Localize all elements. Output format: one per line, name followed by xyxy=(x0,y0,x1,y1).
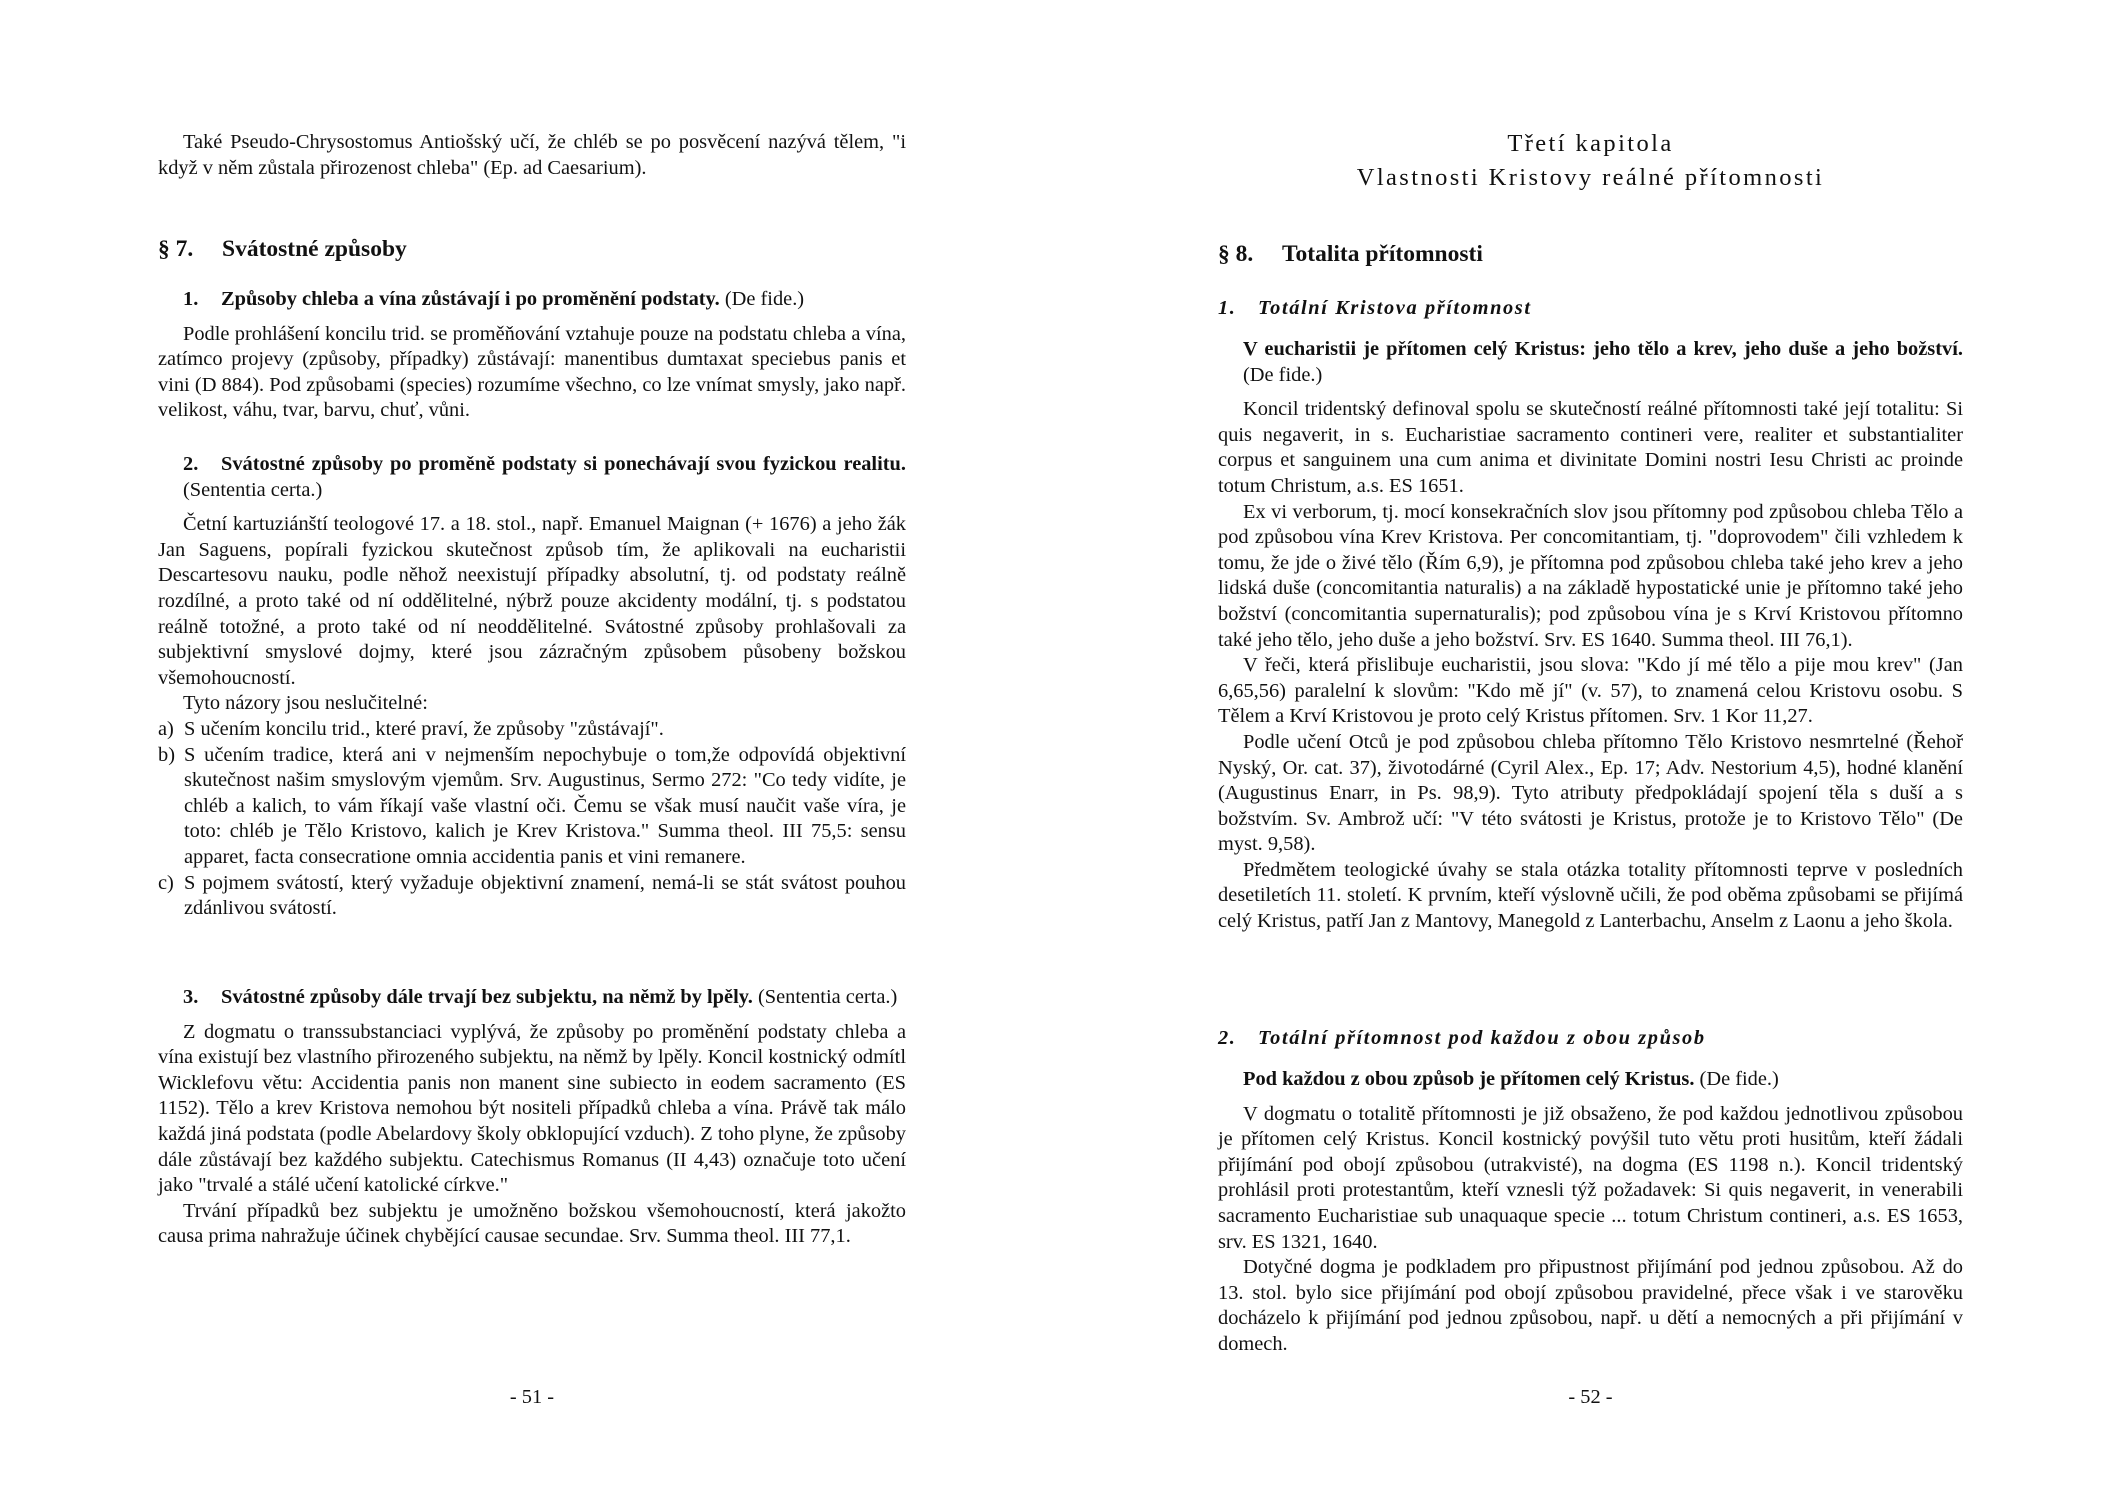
subsection-title: Totální Kristova přítomnost xyxy=(1258,297,1532,319)
list-item-c: c) S pojmem svátostí, který vyžaduje obj… xyxy=(158,871,906,922)
thesis-1: 1.Způsoby chleba a vína zůstávají i po p… xyxy=(158,287,906,313)
thesis-statement: V eucharistii je přítomen celý Kristus: … xyxy=(1243,338,1963,360)
thesis-note: (De fide.) xyxy=(720,288,804,310)
page-52: Třetí kapitola Vlastnosti Kristovy reáln… xyxy=(1218,0,1963,1501)
list-label: b) xyxy=(158,743,184,871)
paragraph: V dogmatu o totalitě přítomnosti je již … xyxy=(1218,1102,1963,1256)
thesis-statement-block: V eucharistii je přítomen celý Kristus: … xyxy=(1218,337,1963,388)
thesis-statement: Způsoby chleba a vína zůstávají i po pro… xyxy=(221,288,720,310)
subsection-number: 1. xyxy=(1218,295,1258,321)
thesis-3-paragraph-1: Z dogmatu o transsubstanciaci vyplývá, ž… xyxy=(158,1020,906,1199)
subsection-number: 2. xyxy=(1218,1025,1258,1051)
list-text: S učením tradice, která ani v nejmenším … xyxy=(184,743,906,871)
paragraph: V řeči, která přislibuje eucharistii, js… xyxy=(1218,653,1963,730)
list-intro: Tyto názory jsou neslučitelné: xyxy=(158,691,906,717)
thesis-2-block: 2.Svátostné způsoby po proměně podstaty … xyxy=(158,452,906,922)
list-item-b: b) S učením tradice, která ani v nejmenš… xyxy=(158,743,906,871)
page-number: - 52 - xyxy=(1218,1386,1963,1409)
thesis-1-paragraph: Podle prohlášení koncilu trid. se proměň… xyxy=(158,322,906,424)
thesis-1-block: 1.Způsoby chleba a vína zůstávají i po p… xyxy=(158,287,906,424)
thesis-note: (De fide.) xyxy=(1694,1068,1778,1090)
subsection-title: Totální přítomnost pod každou z obou způ… xyxy=(1258,1027,1706,1049)
chapter-label: Třetí kapitola xyxy=(1218,127,1963,161)
thesis-statement: Svátostné způsoby po proměně podstaty si… xyxy=(221,453,906,475)
paragraph: Koncil tridentský definoval spolu se sku… xyxy=(1218,397,1963,499)
thesis-note: (De fide.) xyxy=(1243,364,1322,386)
list-text: S pojmem svátostí, který vyžaduje objekt… xyxy=(184,871,906,922)
thesis-3-paragraph-2: Trvání případků bez subjektu je umožněno… xyxy=(158,1199,906,1250)
paragraph: Dotyčné dogma je podkladem pro připustno… xyxy=(1218,1255,1963,1357)
thesis-statement: Svátostné způsoby dále trvají bez subjek… xyxy=(221,986,753,1008)
thesis-note: (Sententia certa.) xyxy=(753,986,897,1008)
section-heading: § 8. Totalita přítomnosti xyxy=(1218,240,1963,268)
thesis-3: 3.Svátostné způsoby dále trvají bez subj… xyxy=(158,985,906,1011)
section-number: § 8. xyxy=(1218,240,1282,268)
thesis-note: (Sententia certa.) xyxy=(183,479,322,501)
page-51: Také Pseudo-Chrysostomus Antiošský učí, … xyxy=(158,0,906,1501)
paragraph: Předmětem teologické úvahy se stala otáz… xyxy=(1218,858,1963,935)
subsection-heading: 2.Totální přítomnost pod každou z obou z… xyxy=(1218,1025,1963,1051)
paragraph: Ex vi verborum, tj. mocí konsekračních s… xyxy=(1218,500,1963,654)
list-label: c) xyxy=(158,871,184,922)
page-number: - 51 - xyxy=(158,1386,906,1409)
thesis-2-paragraph: Četní kartuziánští teologové 17. a 18. s… xyxy=(158,512,906,691)
intro-paragraph: Také Pseudo-Chrysostomus Antiošský učí, … xyxy=(158,130,906,181)
chapter-title: Vlastnosti Kristovy reálné přítomnosti xyxy=(1218,161,1963,195)
thesis-2: 2.Svátostné způsoby po proměně podstaty … xyxy=(158,452,906,503)
list-text: S učením koncilu trid., které praví, že … xyxy=(184,717,906,743)
thesis-statement-block: Pod každou z obou způsob je přítomen cel… xyxy=(1218,1067,1963,1093)
thesis-number: 2. xyxy=(183,452,221,478)
thesis-number: 1. xyxy=(183,287,221,313)
subsection-2: 2.Totální přítomnost pod každou z obou z… xyxy=(1218,1025,1963,1358)
section-title: Svátostné způsoby xyxy=(222,235,407,263)
section-number: § 7. xyxy=(158,235,222,263)
thesis-statement: Pod každou z obou způsob je přítomen cel… xyxy=(1243,1068,1694,1090)
subsection-1: 1.Totální Kristova přítomnost V eucharis… xyxy=(1218,295,1963,935)
paragraph: Podle učení Otců je pod způsobou chleba … xyxy=(1218,730,1963,858)
list-item-a: a) S učením koncilu trid., které praví, … xyxy=(158,717,906,743)
thesis-number: 3. xyxy=(183,985,221,1011)
section-title: Totalita přítomnosti xyxy=(1282,240,1483,268)
thesis-3-block: 3.Svátostné způsoby dále trvají bez subj… xyxy=(158,985,906,1250)
section-8-heading: § 8. Totalita přítomnosti xyxy=(1218,240,1963,268)
list-label: a) xyxy=(158,717,184,743)
subsection-heading: 1.Totální Kristova přítomnost xyxy=(1218,295,1963,321)
section-7-heading: § 7. Svátostné způsoby xyxy=(158,235,906,263)
intro-block: Také Pseudo-Chrysostomus Antiošský učí, … xyxy=(158,130,906,181)
chapter-heading: Třetí kapitola Vlastnosti Kristovy reáln… xyxy=(1218,127,1963,195)
section-heading: § 7. Svátostné způsoby xyxy=(158,235,906,263)
